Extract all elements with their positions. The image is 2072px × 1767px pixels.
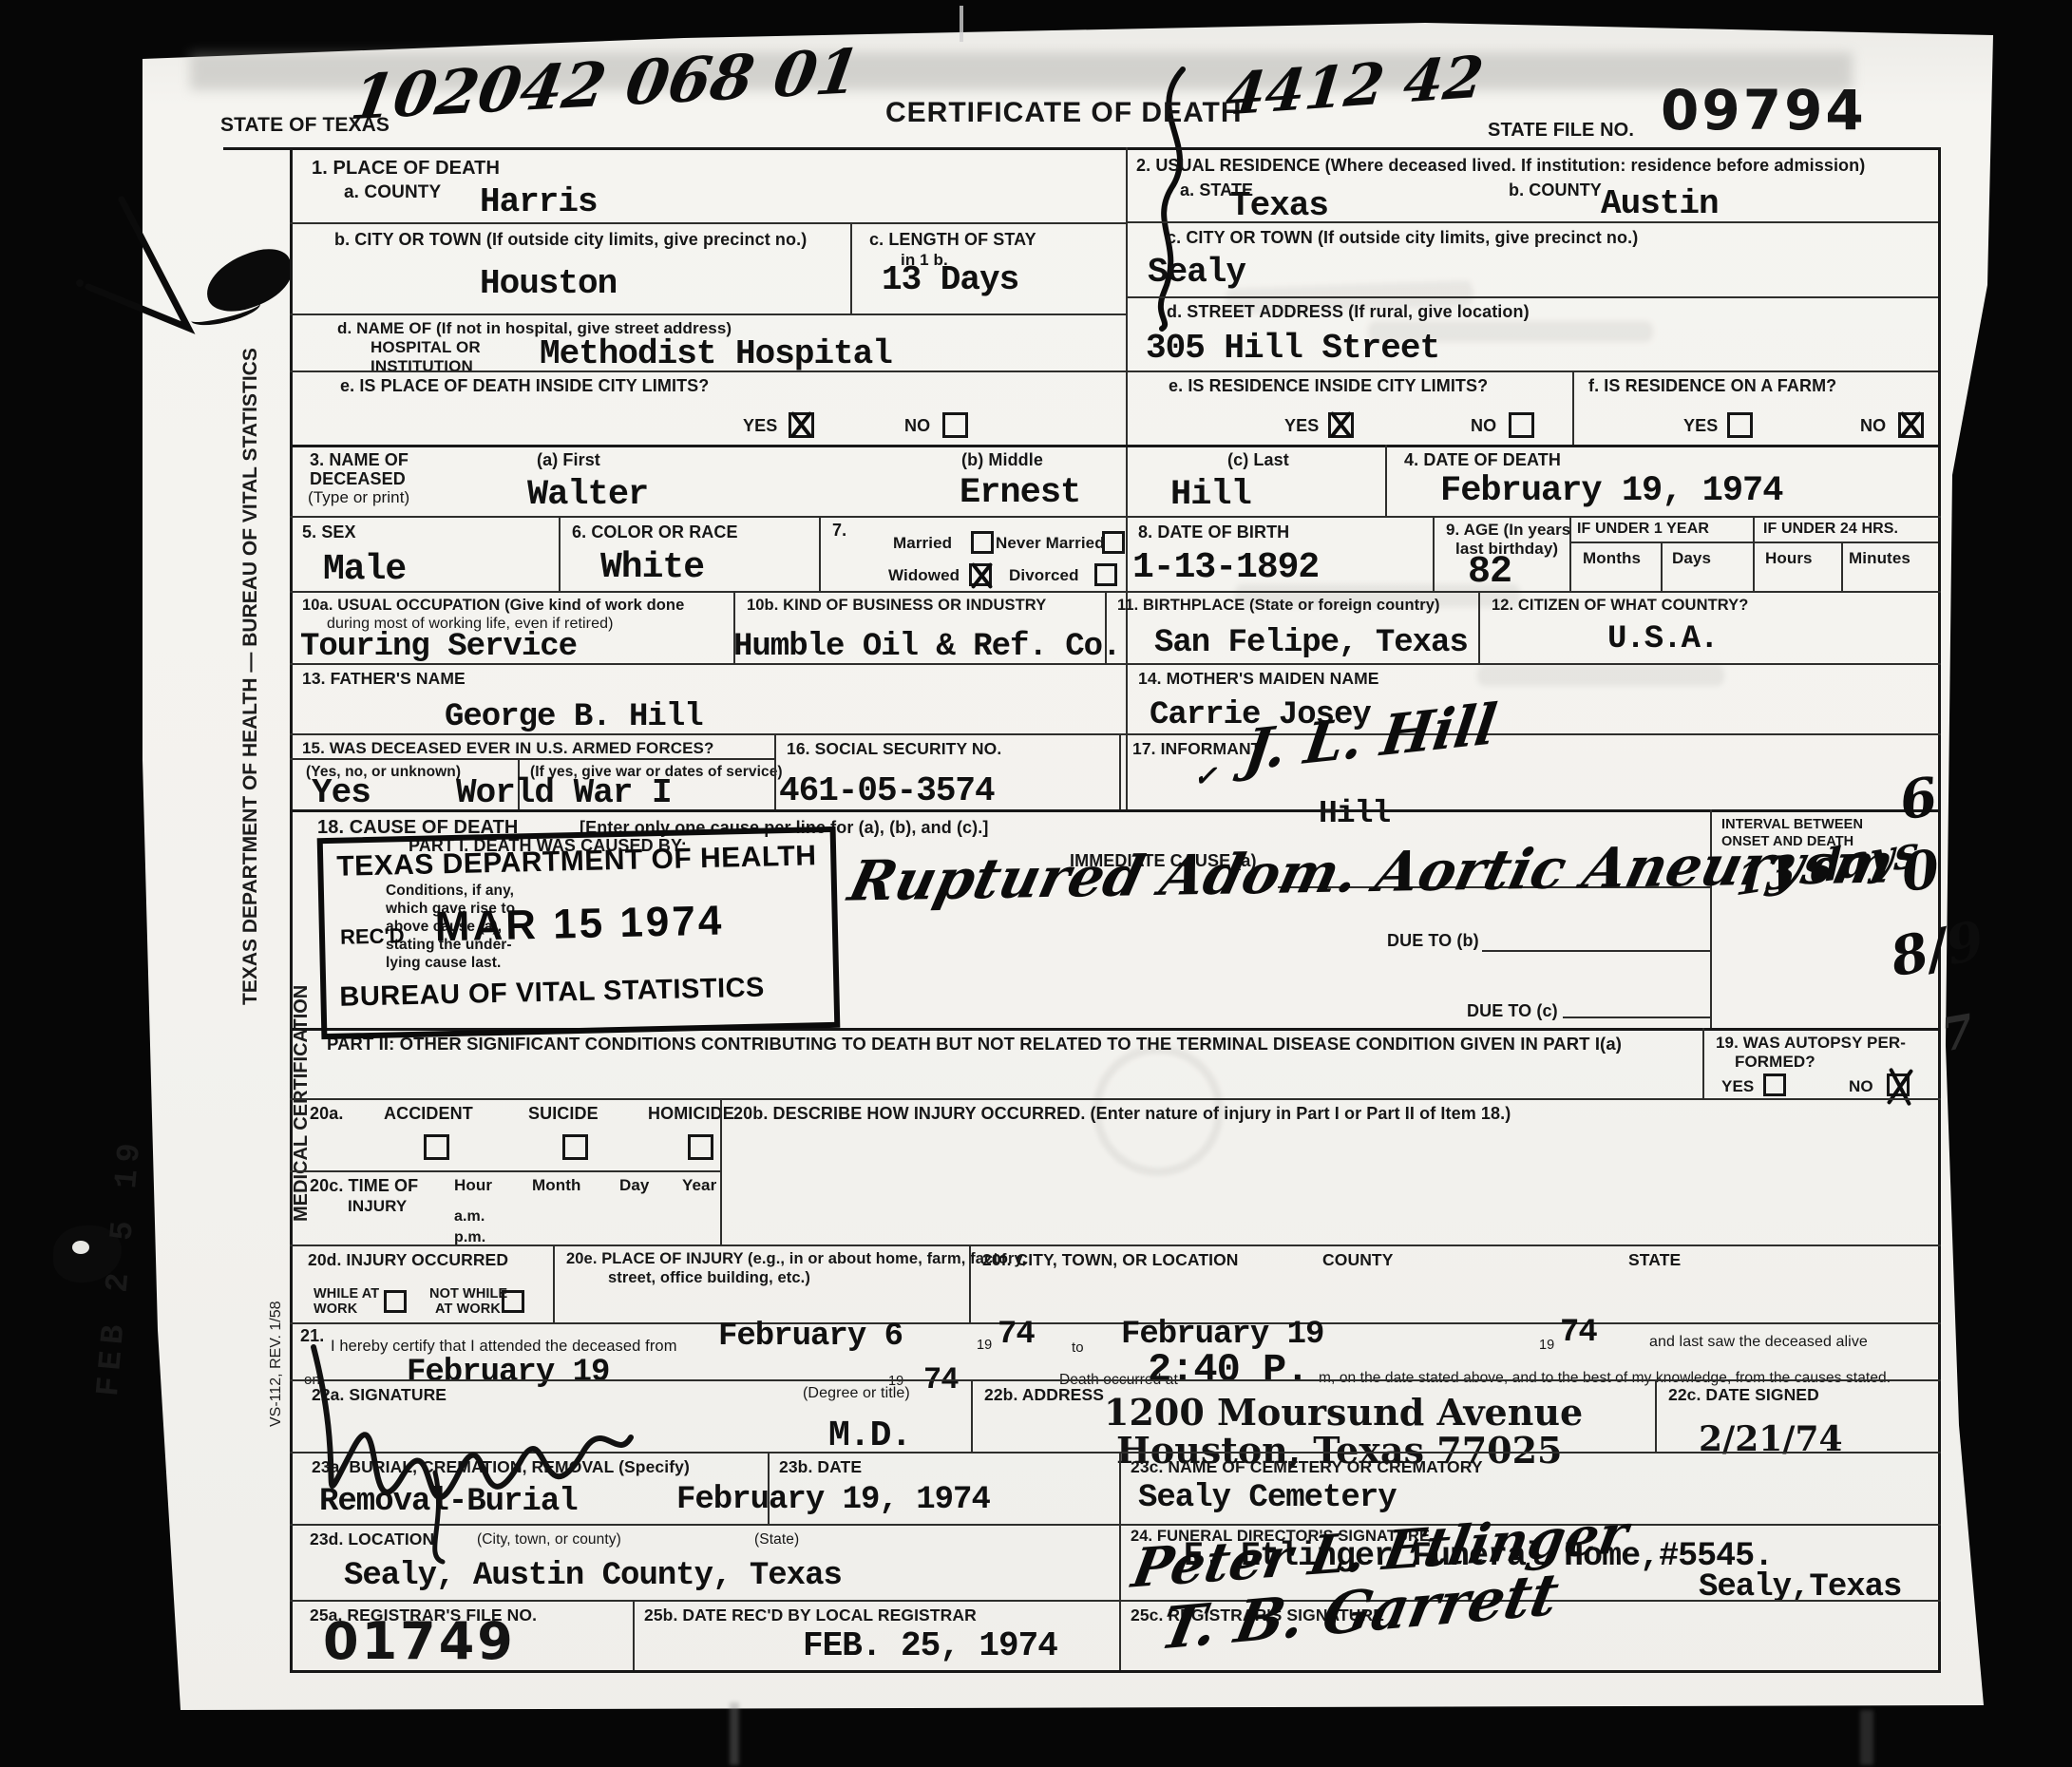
stamp-recd: REC'D <box>340 923 405 950</box>
s21-attended-from-date: February 6 <box>718 1319 903 1355</box>
stamp-line1: TEXAS DEPARTMENT OF HEALTH <box>336 840 817 883</box>
s2e-yes-label: YES <box>1284 416 1319 436</box>
film-scratch <box>1860 1710 1873 1765</box>
s2e-no-label: NO <box>1471 416 1496 436</box>
s2c-city-value: Sealy <box>1148 253 1245 292</box>
s20a-accident-checkbox <box>424 1134 449 1160</box>
s20a-homicide-checkbox <box>688 1134 713 1160</box>
s15-armed-forces-value: Yes <box>312 773 371 812</box>
s21-to-label: to <box>1072 1339 1084 1356</box>
part2-label: PART II: OTHER SIGNIFICANT CONDITIONS CO… <box>327 1034 1622 1054</box>
stamp-date: MAR 15 1974 <box>434 898 725 952</box>
s2c-label: c. CITY OR TOWN (If outside city limits,… <box>1167 228 1638 248</box>
s23b-label: 23b. DATE <box>779 1457 862 1477</box>
s18-interval-label1: INTERVAL BETWEEN <box>1721 817 1863 832</box>
s20f-county-label: COUNTY <box>1322 1250 1394 1270</box>
s20a-suicide-label: SUICIDE <box>528 1104 599 1124</box>
s15-war-value: World War I <box>456 773 672 812</box>
s21-attended-to-year: 74 <box>1560 1315 1597 1351</box>
s13-label: 13. FATHER'S NAME <box>302 669 466 689</box>
ink-blot <box>72 1241 89 1254</box>
s20d-notwhile-label2: AT WORK <box>435 1301 501 1317</box>
s7-widowed-label: Widowed <box>888 566 960 585</box>
s20e-label2: street, office building, etc.) <box>608 1269 810 1287</box>
s20e-label1: 20e. PLACE OF INJURY (e.g., in or about … <box>566 1250 1026 1268</box>
s1d-label3: INSTITUTION <box>371 357 473 376</box>
s2e-no-checkbox <box>1509 412 1534 438</box>
handwritten-checkmark <box>57 123 219 351</box>
certificate-title: CERTIFICATE OF DEATH <box>885 97 1243 129</box>
s18-due-c-label: DUE TO (c) <box>1467 1001 1558 1021</box>
s12-citizen-value: U.S.A. <box>1607 621 1718 657</box>
s6-label: 6. COLOR OR RACE <box>572 522 738 542</box>
s7-married-checkbox <box>971 531 994 554</box>
s1b-label: b. CITY OR TOWN (If outside city limits,… <box>334 230 807 250</box>
s19-yes-label: YES <box>1721 1077 1754 1096</box>
s2f-yes-checkbox <box>1727 412 1753 438</box>
s2f-no-label: NO <box>1860 416 1886 436</box>
s21-attended-from-year: 74 <box>998 1317 1035 1353</box>
s7-divorced-checkbox <box>1094 563 1117 586</box>
s8-label: 8. DATE OF BIRTH <box>1138 522 1289 542</box>
s17-tick-mark: ✓ <box>1193 760 1217 793</box>
s3b-label: (b) Middle <box>961 450 1043 470</box>
s14-label: 14. MOTHER'S MAIDEN NAME <box>1138 669 1379 689</box>
s20c-am-label: a.m. <box>454 1208 485 1225</box>
s5-sex-value: Male <box>323 549 406 590</box>
s19-label1: 19. WAS AUTOPSY PER- <box>1716 1034 1906 1053</box>
s1c-length-of-stay-value: 13 Days <box>882 260 1018 299</box>
s10a-label1: 10a. USUAL OCCUPATION (Give kind of work… <box>302 597 684 615</box>
s1d-label2: HOSPITAL OR <box>371 338 481 357</box>
s2d-street-value: 305 Hill Street <box>1146 329 1439 368</box>
s10b-label: 10b. KIND OF BUSINESS OR INDUSTRY <box>747 597 1046 615</box>
s16-ssn-value: 461-05-3574 <box>779 771 995 810</box>
state-file-no-label: STATE FILE NO. <box>1488 120 1634 142</box>
s10a-occupation-value: Touring Service <box>300 629 577 665</box>
s23b-date-value: February 19, 1974 <box>676 1482 990 1518</box>
s17-label: 17. INFORMANT <box>1132 739 1261 759</box>
s2b-county-value: Austin <box>1601 184 1719 223</box>
s4-label: 4. DATE OF DEATH <box>1404 450 1561 470</box>
bleed-through-artifact <box>1477 665 1724 686</box>
s2e-label: e. IS RESIDENCE INSIDE CITY LIMITS? <box>1169 376 1488 396</box>
stamp-line3: BUREAU OF VITAL STATISTICS <box>339 973 765 1014</box>
s1e-yes-label: YES <box>743 416 777 436</box>
s8-date-of-birth-value: 1-13-1892 <box>1132 547 1319 588</box>
s23c-cemetery-value: Sealy Cemetery <box>1138 1480 1397 1516</box>
s22c-label: 22c. DATE SIGNED <box>1668 1385 1819 1405</box>
s16-label: 16. SOCIAL SECURITY NO. <box>787 739 1001 759</box>
s9-minutes-label: Minutes <box>1849 549 1910 568</box>
s20d-notwhile-label1: NOT WHILE <box>429 1286 507 1301</box>
s20c-label1: 20c. TIME OF <box>310 1176 418 1196</box>
s2a-state-value: Texas <box>1230 186 1328 225</box>
s25a-registrar-file-number: 01749 <box>323 1611 516 1671</box>
s9-days-label: Days <box>1672 549 1711 568</box>
s1e-no-checkbox <box>942 412 968 438</box>
s7-never-married-checkbox <box>1102 531 1125 554</box>
s23d-sub2-label: (State) <box>754 1531 799 1548</box>
s2-title: 2. USUAL RESIDENCE (Where deceased lived… <box>1136 156 1865 176</box>
s7-married-label: Married <box>893 534 952 553</box>
s20a-suicide-checkbox <box>562 1134 588 1160</box>
health-dept-received-stamp: TEXAS DEPARTMENT OF HEALTH REC'D MAR 15 … <box>317 826 841 1039</box>
s20b-label: 20b. DESCRIBE HOW INJURY OCCURRED. (Ente… <box>733 1104 1511 1124</box>
s7-never-married-label: Never Married <box>996 534 1105 553</box>
s1b-city-value: Houston <box>480 264 617 303</box>
s1e-yes-checkbox <box>789 412 814 438</box>
s2f-no-checkbox <box>1898 412 1924 438</box>
s1a-label: a. COUNTY <box>344 182 441 203</box>
s3a-label: (a) First <box>537 450 600 470</box>
s3c-label: (c) Last <box>1227 450 1289 470</box>
s20c-label2: INJURY <box>348 1197 407 1216</box>
s20a-accident-label: ACCIDENT <box>384 1104 473 1124</box>
margin-dept-text: TEXAS DEPARTMENT OF HEALTH — BUREAU OF V… <box>239 348 262 1005</box>
s3-title3: (Type or print) <box>308 488 409 507</box>
s9-months-label: Months <box>1583 549 1641 568</box>
s3-title1: 3. NAME OF <box>310 450 409 470</box>
s20c-year-label: Year <box>682 1176 716 1195</box>
s2b-label: b. COUNTY <box>1509 180 1602 200</box>
s20c-hour-label: Hour <box>454 1176 492 1195</box>
s6-race-value: White <box>600 547 704 588</box>
s19-no-label: NO <box>1849 1077 1873 1096</box>
s11-label: 11. BIRTHPLACE (State or foreign country… <box>1117 597 1440 615</box>
s2f-yes-label: YES <box>1683 416 1718 436</box>
s20a-label: 20a. <box>310 1104 343 1124</box>
s9-label1: 9. AGE (In years <box>1446 521 1570 540</box>
s12-label: 12. CITIZEN OF WHAT COUNTRY? <box>1492 597 1748 615</box>
s9-under1-label: IF UNDER 1 YEAR <box>1577 521 1709 538</box>
s1e-no-label: NO <box>904 416 930 436</box>
s21-19-prefix: 19 <box>977 1338 992 1353</box>
s11-birthplace-value: San Felipe, Texas <box>1154 625 1468 661</box>
s22a-degree-label: (Degree or title) <box>803 1385 910 1402</box>
s21-last-saw-text: and last saw the deceased alive <box>1649 1334 1868 1351</box>
s9-age-value: 82 <box>1468 551 1511 594</box>
s19-label2: FORMED? <box>1735 1053 1815 1072</box>
s20d-while-label1: WHILE AT <box>314 1286 379 1301</box>
s20d-label: 20d. INJURY OCCURRED <box>308 1250 508 1270</box>
s22b-label: 22b. ADDRESS <box>984 1385 1104 1405</box>
s20c-day-label: Day <box>619 1176 650 1195</box>
s21-time-of-death-value: 2:40 P. <box>1148 1347 1308 1393</box>
s20f-label: 20f. CITY, TOWN, OR LOCATION <box>982 1250 1239 1270</box>
s9-under24-label: IF UNDER 24 HRS. <box>1763 521 1898 538</box>
s21-19-prefix: 19 <box>1539 1338 1554 1353</box>
s10b-industry-value: Humble Oil & Ref. Co. <box>733 629 1120 665</box>
s7-widowed-checkbox <box>969 563 992 586</box>
s1-title: 1. PLACE OF DEATH <box>312 158 500 180</box>
margin-form-number: VS-112, REV. 1/58 <box>268 1301 285 1427</box>
s5-label: 5. SEX <box>302 522 356 542</box>
s17-informant-typed: Hill <box>1319 796 1390 831</box>
film-scratch <box>730 1702 739 1765</box>
s22a-physician-signature-scrawl <box>293 1319 644 1566</box>
s1d-hospital-value: Methodist Hospital <box>540 334 892 373</box>
s2e-yes-checkbox <box>1328 412 1354 438</box>
s3-middle-name-value: Ernest <box>960 473 1080 513</box>
s2f-label: f. IS RESIDENCE ON A FARM? <box>1588 376 1836 396</box>
film-scratch <box>960 6 963 42</box>
s20d-notwhile-checkbox <box>502 1290 524 1313</box>
s20d-while-checkbox <box>384 1290 407 1313</box>
s9-hours-label: Hours <box>1765 549 1813 568</box>
s3-first-name-value: Walter <box>527 475 648 515</box>
s3-last-name-value: Hill <box>1170 475 1251 515</box>
s1a-county-value: Harris <box>480 182 598 221</box>
s4-date-of-death-value: February 19, 1974 <box>1440 471 1782 511</box>
s19-yes-checkbox <box>1763 1073 1786 1096</box>
s22b-address-line1: 1200 Moursund Avenue <box>1104 1391 1583 1434</box>
s20c-month-label: Month <box>532 1176 580 1195</box>
s20d-while-label2: WORK <box>314 1301 357 1317</box>
s18-due-b-label: DUE TO (b) <box>1387 931 1479 951</box>
s22a-degree-value: M.D. <box>828 1415 911 1456</box>
s25b-label: 25b. DATE REC'D BY LOCAL REGISTRAR <box>644 1605 977 1625</box>
s19-no-checkbox <box>1887 1073 1910 1096</box>
s15-label: 15. WAS DECEASED EVER IN U.S. ARMED FORC… <box>302 739 713 758</box>
s1c-label: c. LENGTH OF STAY <box>869 230 1036 250</box>
s25b-date-received-value: FEB. 25, 1974 <box>803 1626 1057 1665</box>
s2d-label: d. STREET ADDRESS (If rural, give locati… <box>1167 302 1530 322</box>
scanned-death-certificate: TEXAS DEPARTMENT OF HEALTH — BUREAU OF V… <box>0 0 2072 1767</box>
s7-label: 7. <box>832 521 846 541</box>
s20f-state-label: STATE <box>1628 1250 1681 1270</box>
s23c-label: 23c. NAME OF CEMETERY OR CREMATORY <box>1131 1457 1483 1477</box>
stamped-file-number: 09794 <box>1661 78 1867 142</box>
s1e-label: e. IS PLACE OF DEATH INSIDE CITY LIMITS? <box>340 376 709 396</box>
s13-father-value: George B. Hill <box>445 699 703 735</box>
s3-title2: DECEASED <box>310 469 406 489</box>
s7-divorced-label: Divorced <box>1009 566 1079 585</box>
